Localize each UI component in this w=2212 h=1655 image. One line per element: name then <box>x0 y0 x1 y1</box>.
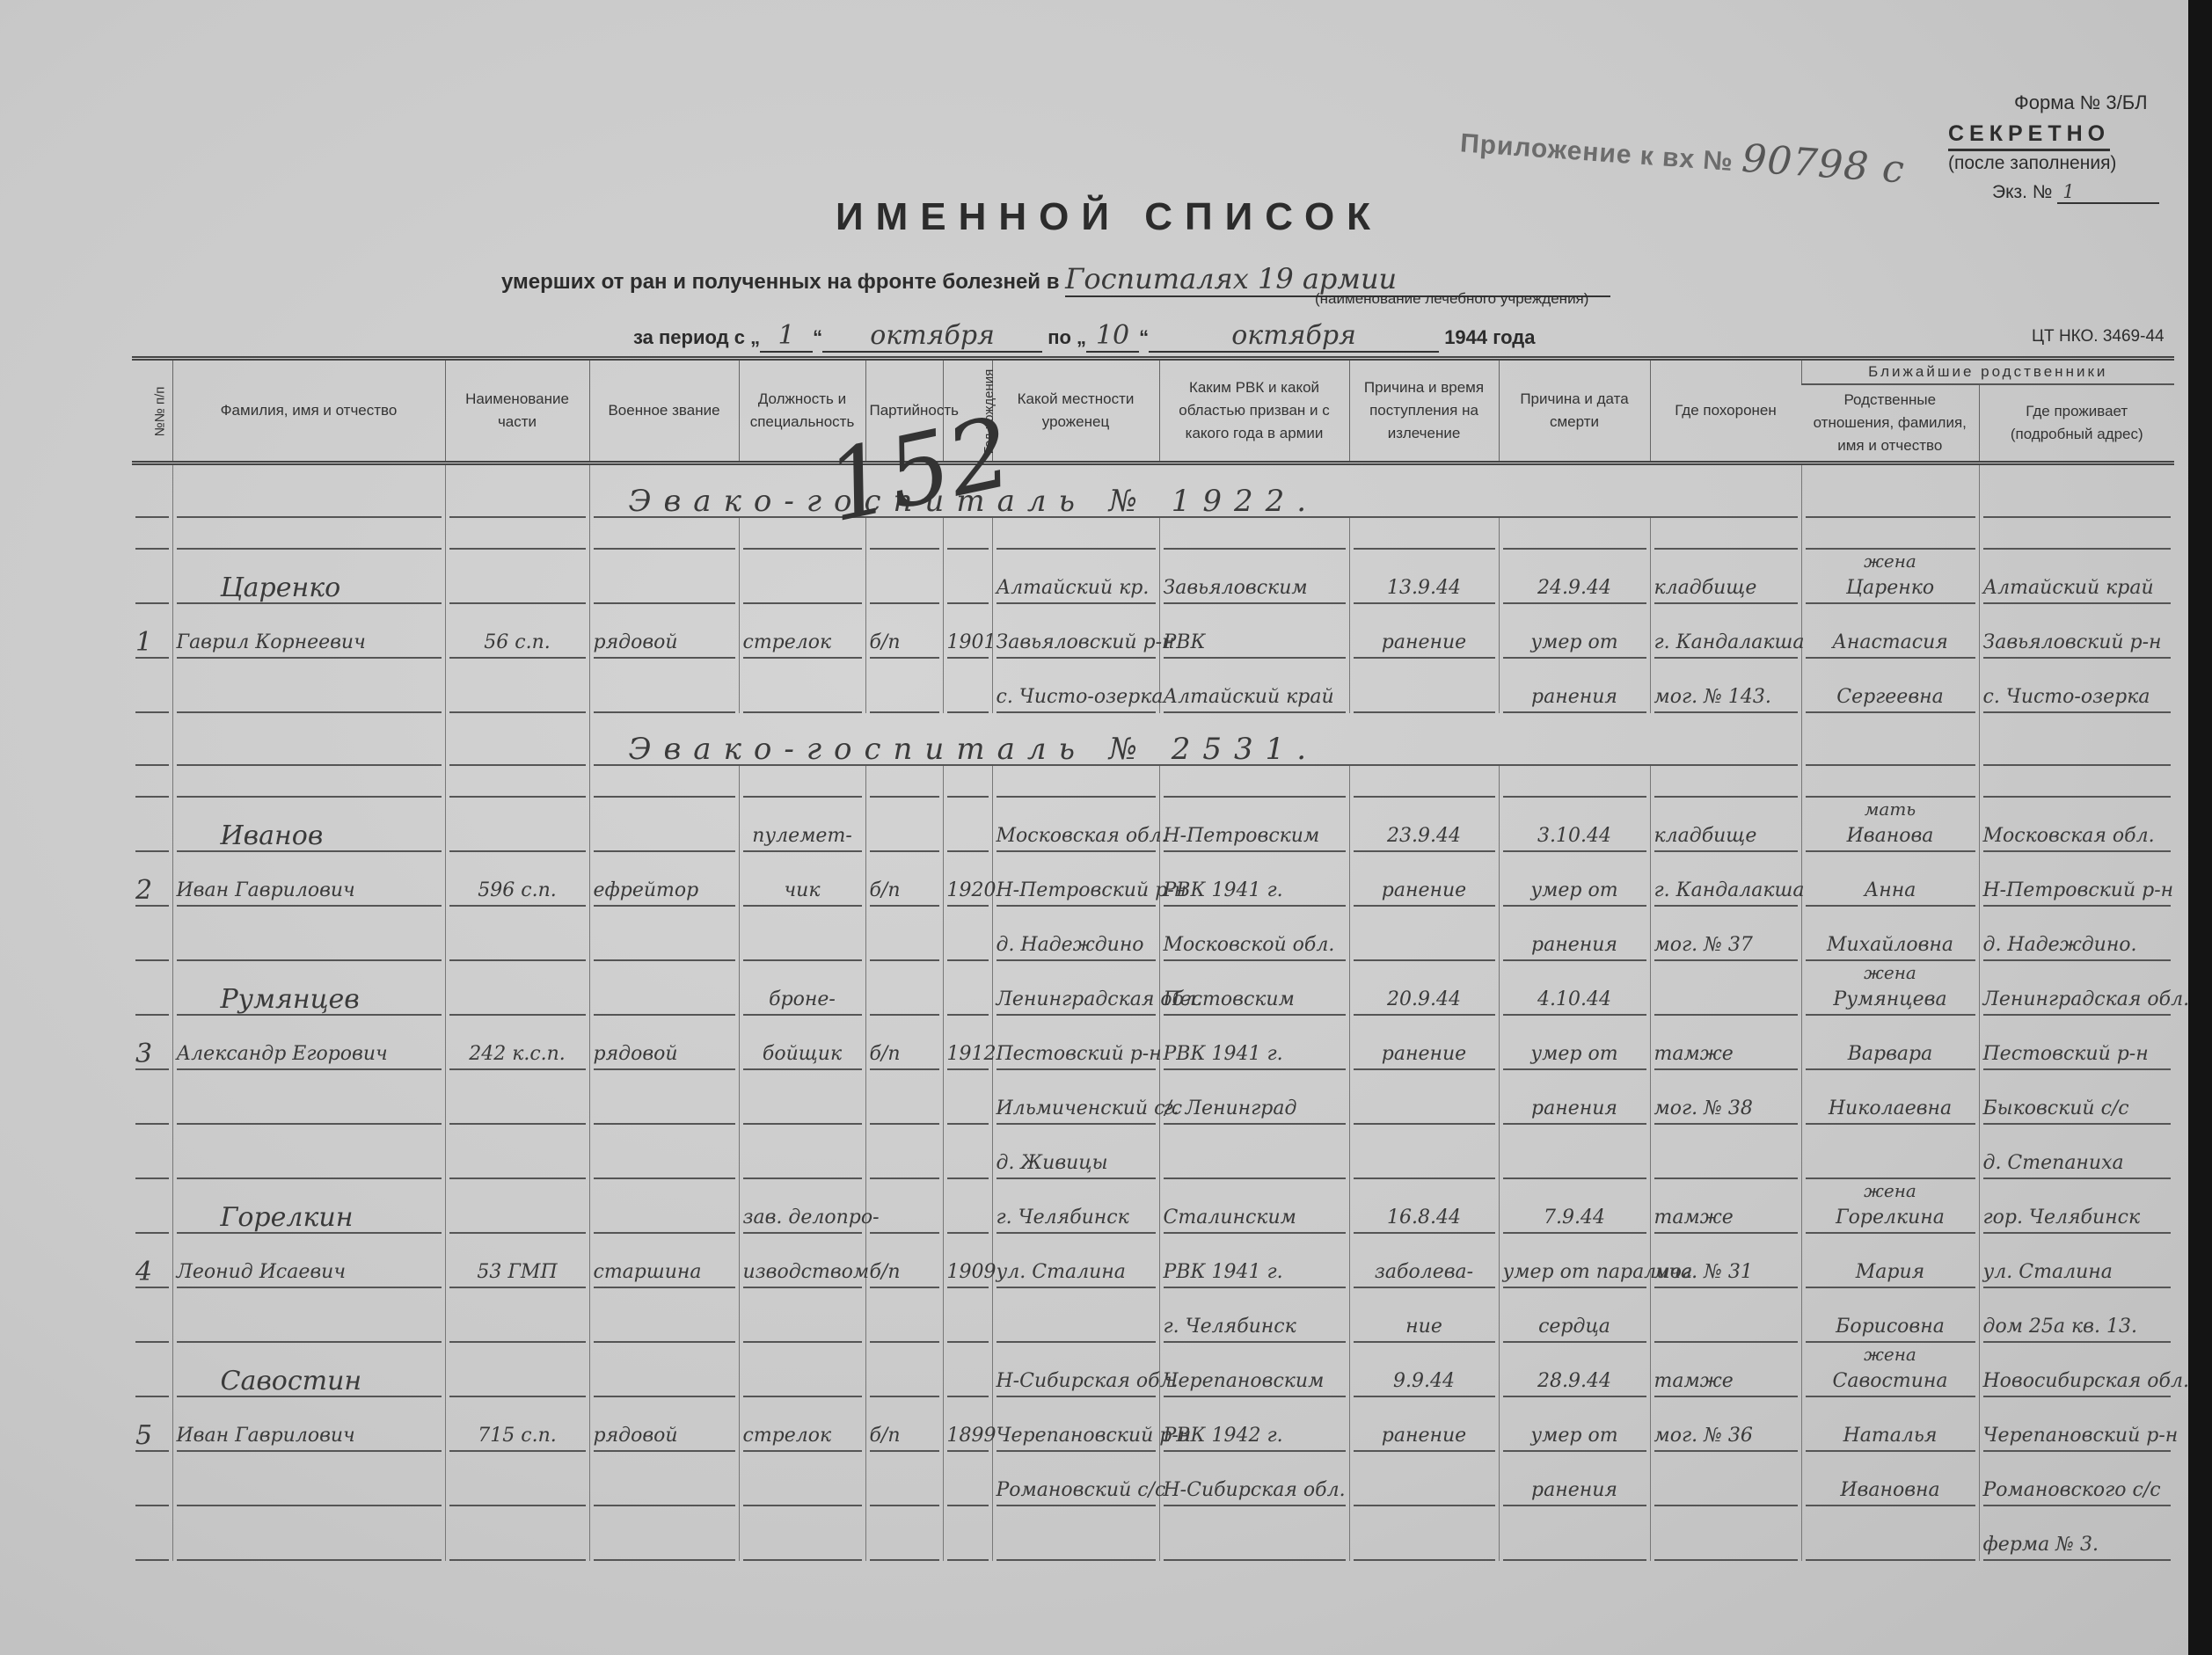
death-value: 7.9.44 <box>1503 1203 1646 1234</box>
unit-value: 56 с.п. <box>449 628 586 659</box>
death-value: умер от <box>1503 876 1646 907</box>
burial-value: тамже <box>1654 1203 1798 1234</box>
draft-value: РВК <box>1164 628 1346 659</box>
death-cell: ранения <box>1499 659 1650 713</box>
blank-cell <box>865 766 943 798</box>
blank-cell <box>1349 518 1499 550</box>
table-row-continuation: 5Иван Гаврилович715 с.п.рядовойстрелокб/… <box>132 1397 2174 1452</box>
table-row-blank <box>132 766 2174 798</box>
birthplace-value: д. Живицы <box>996 1148 1156 1179</box>
hospital-section-row: Эвако-госпиталь № 1922. <box>132 463 2174 519</box>
death-cell <box>1499 1506 1650 1561</box>
table-row: СавостинН-Сибирская обл.Черепановским9.9… <box>132 1343 2174 1397</box>
party-value <box>870 1094 939 1125</box>
relative-cell: Михайловна <box>1801 907 1979 961</box>
col-group-relatives: Ближайшие родственники <box>1801 359 2174 385</box>
address-cell: Завьяловский р-н <box>1979 604 2174 659</box>
table-row-continuation: 1Гаврил Корнеевич56 с.п.рядовойстрелокб/… <box>132 604 2174 659</box>
col-header-draft: Каким РВК и какой областью призван и с к… <box>1159 359 1349 463</box>
relative-value: Наталья <box>1806 1421 1975 1452</box>
name-cell <box>172 1506 445 1561</box>
address-cell: дом 25а кв. 13. <box>1979 1288 2174 1343</box>
position-cell <box>739 1343 865 1397</box>
relative-value: Румянцева <box>1806 985 1975 1016</box>
position-value: изводством <box>743 1258 862 1288</box>
draft-value: РВК 1941 г. <box>1164 1258 1346 1288</box>
draft-cell: Пестовским <box>1159 961 1349 1016</box>
col-header-full-name: Фамилия, имя и отчество <box>172 359 445 463</box>
rank-cell <box>589 659 739 713</box>
relative-value: Савостина <box>1806 1367 1975 1397</box>
burial-value: мог. № 37 <box>1654 930 1798 961</box>
birth-year-value <box>947 1367 989 1397</box>
relative-cell: женаГорелкина <box>1801 1179 1979 1234</box>
admission-value <box>1354 682 1495 713</box>
birthplace-value: Московская обл. <box>996 821 1156 852</box>
burial-value: кладбище <box>1654 821 1798 852</box>
name-cell: Царенко <box>172 550 445 604</box>
blank-cell <box>1979 463 2174 519</box>
table-row-blank <box>132 518 2174 550</box>
birthplace-value <box>996 1312 1156 1343</box>
burial-value: кладбище <box>1654 573 1798 604</box>
blank-cell <box>589 766 739 798</box>
table-row-continuation: д. Живицыд. Степаниха <box>132 1125 2174 1179</box>
relative-cell: Борисовна <box>1801 1288 1979 1343</box>
admission-value: заболева- <box>1354 1258 1495 1288</box>
rank-value <box>594 682 735 713</box>
blank-cell <box>1979 766 2174 798</box>
relative-cell: Ивановна <box>1801 1452 1979 1506</box>
address-value: дом 25а кв. 13. <box>1983 1312 2172 1343</box>
unit-cell <box>445 961 589 1016</box>
birth-year-value: 1901 <box>947 628 989 659</box>
admission-value: ранение <box>1354 1421 1495 1452</box>
number-value <box>135 1148 169 1179</box>
party-cell <box>865 1125 943 1179</box>
admission-value: ранение <box>1354 628 1495 659</box>
name-cell: Румянцев <box>172 961 445 1016</box>
birthplace-cell: ул. Сталина <box>992 1234 1159 1288</box>
classification-note: (после заполнения) <box>1948 153 2116 174</box>
rank-cell <box>589 798 739 852</box>
death-value: умер от <box>1503 1421 1646 1452</box>
admission-cell: ранение <box>1349 852 1499 907</box>
rank-value <box>594 1312 735 1343</box>
party-value: б/п <box>870 1258 939 1288</box>
burial-cell <box>1650 1506 1801 1561</box>
position-cell: стрелок <box>739 1397 865 1452</box>
relative-value: Анастасия <box>1806 628 1975 659</box>
col-header-admission: Причина и время поступления на излечение <box>1349 359 1499 463</box>
name-value <box>177 1530 442 1561</box>
party-value: б/п <box>870 1421 939 1452</box>
birthplace-value: Н-Петровский р-н <box>996 876 1156 907</box>
number-value <box>135 573 169 604</box>
number-value <box>135 1367 169 1397</box>
number-value <box>135 682 169 713</box>
blank-cell <box>132 766 172 798</box>
table-body: Эвако-госпиталь № 1922.ЦаренкоАлтайский … <box>132 463 2174 1562</box>
birth-year-value: 1920 <box>947 876 989 907</box>
unit-value <box>449 682 586 713</box>
party-value <box>870 821 939 852</box>
birthplace-cell: Романовский с/с <box>992 1452 1159 1506</box>
name-cell <box>172 1452 445 1506</box>
name-cell <box>172 659 445 713</box>
relative-value: Иванова <box>1806 821 1975 852</box>
blank-cell <box>943 518 992 550</box>
unit-cell <box>445 1288 589 1343</box>
burial-cell: мог. № 37 <box>1650 907 1801 961</box>
death-cell: ранения <box>1499 907 1650 961</box>
document-title: ИМЕННОЙ СПИСОК <box>836 195 1383 239</box>
burial-value: г. Кандалакша <box>1654 628 1798 659</box>
death-cell: умер от <box>1499 1397 1650 1452</box>
party-cell <box>865 1343 943 1397</box>
classification-label: СЕКРЕТНО <box>1948 121 2110 151</box>
birthplace-value: д. Надеждино <box>996 930 1156 961</box>
death-value: ранения <box>1503 1094 1646 1125</box>
birth-year-cell <box>943 1452 992 1506</box>
death-value: сердца <box>1503 1312 1646 1343</box>
birth-year-value <box>947 1530 989 1561</box>
death-value: 24.9.44 <box>1503 573 1646 604</box>
number-cell <box>132 798 172 852</box>
hospital-section-title: Эвако-госпиталь № 2531. <box>594 735 1798 766</box>
stamp-number: 90798 с <box>1741 136 1907 193</box>
death-cell: 7.9.44 <box>1499 1179 1650 1234</box>
col-header-number: №№ п/п <box>132 359 172 463</box>
burial-value: мог. № 31 <box>1654 1258 1798 1288</box>
burial-cell: г. Кандалакша <box>1650 604 1801 659</box>
rank-value <box>594 821 735 852</box>
admission-cell: заболева- <box>1349 1234 1499 1288</box>
blank-cell <box>1801 463 1979 519</box>
party-cell <box>865 1070 943 1125</box>
period-label: за период с <box>633 326 745 348</box>
blank-cell <box>1801 713 1979 766</box>
birth-year-cell <box>943 659 992 713</box>
position-cell: пулемет- <box>739 798 865 852</box>
number-value: 2 <box>135 876 169 907</box>
death-value <box>1503 1148 1646 1179</box>
unit-value <box>449 1476 586 1506</box>
table-row: Горелкинзав. делопро-г. ЧелябинскСталинс… <box>132 1179 2174 1234</box>
unit-value <box>449 1148 586 1179</box>
birthplace-cell: Н-Петровский р-н <box>992 852 1159 907</box>
birthplace-value <box>996 1530 1156 1561</box>
draft-value: РВК 1941 г. <box>1164 876 1346 907</box>
rank-cell: рядовой <box>589 604 739 659</box>
position-cell: зав. делопро- <box>739 1179 865 1234</box>
rank-value <box>594 1148 735 1179</box>
admission-value <box>1354 930 1495 961</box>
admission-cell: 13.9.44 <box>1349 550 1499 604</box>
death-value: ранения <box>1503 1476 1646 1506</box>
table-row-continuation: 3Александр Егорович242 к.с.п.рядовойбойщ… <box>132 1016 2174 1070</box>
birth-year-value <box>947 1203 989 1234</box>
birth-year-cell: 1920 <box>943 852 992 907</box>
party-cell <box>865 907 943 961</box>
draft-cell: г. Ленинград <box>1159 1070 1349 1125</box>
death-value: ранения <box>1503 930 1646 961</box>
birth-year-cell: 1912 <box>943 1016 992 1070</box>
birth-year-cell: 1909 <box>943 1234 992 1288</box>
birthplace-cell: с. Чисто-озерка <box>992 659 1159 713</box>
name-value: Савостин <box>177 1367 442 1397</box>
birth-year-cell <box>943 1179 992 1234</box>
position-value: бронe- <box>743 985 862 1016</box>
table-row-continuation: Романовский с/сН-Сибирская обл.раненияИв… <box>132 1452 2174 1506</box>
birthplace-value: г. Челябинск <box>996 1203 1156 1234</box>
burial-value <box>1654 1530 1798 1561</box>
period-to-month: октября <box>1149 320 1439 353</box>
unit-cell: 715 с.п. <box>445 1397 589 1452</box>
death-value: 4.10.44 <box>1503 985 1646 1016</box>
unit-value <box>449 930 586 961</box>
birthplace-cell: Алтайский кр. <box>992 550 1159 604</box>
number-cell <box>132 1125 172 1179</box>
party-value <box>870 1530 939 1561</box>
name-value <box>177 1476 442 1506</box>
burial-cell: кладбище <box>1650 550 1801 604</box>
address-value: ферма № 3. <box>1983 1530 2172 1561</box>
draft-value: Н-Петровским <box>1164 821 1346 852</box>
death-cell: умер от <box>1499 604 1650 659</box>
address-cell: Быковский с/с <box>1979 1070 2174 1125</box>
position-value: стрелок <box>743 1421 862 1452</box>
position-cell: бойщик <box>739 1016 865 1070</box>
number-cell <box>132 1288 172 1343</box>
party-value <box>870 1312 939 1343</box>
relative-value: Анна <box>1806 876 1975 907</box>
draft-value: Завьяловским <box>1164 573 1346 604</box>
blank-cell <box>1499 766 1650 798</box>
birth-year-value <box>947 682 989 713</box>
birth-year-value <box>947 1148 989 1179</box>
rank-value <box>594 930 735 961</box>
unit-cell <box>445 798 589 852</box>
blank-cell <box>172 518 445 550</box>
death-value: умер от паралича <box>1503 1258 1646 1288</box>
birth-year-cell <box>943 1070 992 1125</box>
party-cell: б/п <box>865 852 943 907</box>
draft-value: РВК 1942 г. <box>1164 1421 1346 1452</box>
burial-value: мог. № 38 <box>1654 1094 1798 1125</box>
death-cell: 4.10.44 <box>1499 961 1650 1016</box>
admission-value <box>1354 1530 1495 1561</box>
burial-cell: г. Кандалакша <box>1650 852 1801 907</box>
death-value: умер от <box>1503 1039 1646 1070</box>
rank-value: старшина <box>594 1258 735 1288</box>
col-header-address: Где проживает (подробный адрес) <box>1979 384 2174 463</box>
rank-cell: ефрейтор <box>589 852 739 907</box>
birth-year-value <box>947 573 989 604</box>
rank-value <box>594 1476 735 1506</box>
position-value <box>743 930 862 961</box>
number-cell <box>132 907 172 961</box>
party-value: б/п <box>870 628 939 659</box>
draft-cell: Н-Сибирская обл. <box>1159 1452 1349 1506</box>
birthplace-value: Ленинградская обл. <box>996 985 1156 1016</box>
rank-cell <box>589 1070 739 1125</box>
position-value <box>743 1367 862 1397</box>
number-value <box>135 1312 169 1343</box>
unit-value: 715 с.п. <box>449 1421 586 1452</box>
blank-cell: Эвако-госпиталь № 2531. <box>589 713 1801 766</box>
party-cell <box>865 1506 943 1561</box>
draft-cell: РВК 1941 г. <box>1159 1234 1349 1288</box>
address-cell: с. Чисто-озерка <box>1979 659 2174 713</box>
death-value: ранения <box>1503 682 1646 713</box>
birthplace-cell: Ильмиченский с/с <box>992 1070 1159 1125</box>
blank-cell <box>172 463 445 519</box>
unit-cell <box>445 659 589 713</box>
birthplace-value: Пестовский р-н <box>996 1039 1156 1070</box>
number-value <box>135 1094 169 1125</box>
table-row-continuation: 4Леонид Исаевич53 ГМПстаршинаизводствомб… <box>132 1234 2174 1288</box>
position-value <box>743 1148 862 1179</box>
birth-year-cell <box>943 1288 992 1343</box>
number-cell <box>132 659 172 713</box>
address-cell: гор. Челябинск <box>1979 1179 2174 1234</box>
unit-value <box>449 1094 586 1125</box>
address-cell: Новосибирская обл. <box>1979 1343 2174 1397</box>
admission-value: ние <box>1354 1312 1495 1343</box>
number-value <box>135 1203 169 1234</box>
address-value: с. Чисто-озерка <box>1983 682 2172 713</box>
admission-cell <box>1349 1506 1499 1561</box>
name-value: Румянцев <box>177 985 442 1016</box>
draft-value <box>1164 1148 1346 1179</box>
birthplace-value: Романовский с/с <box>996 1476 1156 1506</box>
address-value: Романовского с/с <box>1983 1476 2172 1506</box>
table-row-continuation: 2Иван Гаврилович596 с.п.ефрейторчикб/п19… <box>132 852 2174 907</box>
form-code: ЦТ НКО. 3469-44 <box>2032 327 2165 346</box>
relative-value <box>1806 1530 1975 1561</box>
unit-value: 596 с.п. <box>449 876 586 907</box>
birth-year-cell <box>943 1125 992 1179</box>
position-cell <box>739 907 865 961</box>
number-value <box>135 821 169 852</box>
draft-value: г. Ленинград <box>1164 1094 1346 1125</box>
draft-value: Н-Сибирская обл. <box>1164 1476 1346 1506</box>
burial-cell <box>1650 1452 1801 1506</box>
position-cell <box>739 1288 865 1343</box>
draft-cell: Н-Петровским <box>1159 798 1349 852</box>
birthplace-cell: Завьяловский р-н <box>992 604 1159 659</box>
col-header-unit: Наименование части <box>445 359 589 463</box>
unit-value <box>449 1367 586 1397</box>
party-cell <box>865 798 943 852</box>
party-value <box>870 1203 939 1234</box>
blank-cell <box>1650 766 1801 798</box>
number-cell: 2 <box>132 852 172 907</box>
death-cell: 24.9.44 <box>1499 550 1650 604</box>
party-value <box>870 573 939 604</box>
admission-value: 13.9.44 <box>1354 573 1495 604</box>
burial-cell: мог. № 38 <box>1650 1070 1801 1125</box>
party-cell: б/п <box>865 1016 943 1070</box>
form-number: Форма № 3/БЛ <box>2014 91 2148 114</box>
blank-cell <box>445 766 589 798</box>
rank-cell <box>589 1125 739 1179</box>
admission-cell: 16.8.44 <box>1349 1179 1499 1234</box>
relative-value <box>1806 1148 1975 1179</box>
blank-cell: Эвако-госпиталь № 1922. <box>589 463 1801 519</box>
burial-cell: кладбище <box>1650 798 1801 852</box>
birthplace-cell <box>992 1506 1159 1561</box>
burial-value <box>1654 1148 1798 1179</box>
party-value <box>870 1367 939 1397</box>
party-value <box>870 1476 939 1506</box>
party-cell <box>865 550 943 604</box>
admission-value: ранение <box>1354 876 1495 907</box>
unit-cell <box>445 1179 589 1234</box>
relative-value: Михайловна <box>1806 930 1975 961</box>
birthplace-value: Ильмиченский с/с <box>996 1094 1156 1125</box>
unit-cell <box>445 1070 589 1125</box>
name-cell: Иван Гаврилович <box>172 1397 445 1452</box>
period-to-day: 10 <box>1086 320 1139 353</box>
relative-cell: Наталья <box>1801 1397 1979 1452</box>
admission-value <box>1354 1094 1495 1125</box>
party-cell: б/п <box>865 1397 943 1452</box>
burial-cell: мог. № 143. <box>1650 659 1801 713</box>
death-value: 3.10.44 <box>1503 821 1646 852</box>
relative-cell: Анастасия <box>1801 604 1979 659</box>
period-from-month: октября <box>822 320 1042 353</box>
relative-cell <box>1801 1506 1979 1561</box>
party-cell: б/п <box>865 1234 943 1288</box>
address-cell: Н-Петровский р-н <box>1979 852 2174 907</box>
name-cell <box>172 1125 445 1179</box>
name-value: Гаврил Корнеевич <box>177 628 442 659</box>
position-cell: бронe- <box>739 961 865 1016</box>
institution-note: (наименование лечебного учреждения) <box>1315 290 1588 308</box>
draft-cell: РВК 1941 г. <box>1159 852 1349 907</box>
col-header-death: Причина и дата смерти <box>1499 359 1650 463</box>
unit-value: 53 ГМП <box>449 1258 586 1288</box>
address-cell: Пестовский р-н <box>1979 1016 2174 1070</box>
burial-value <box>1654 1476 1798 1506</box>
position-cell <box>739 1506 865 1561</box>
draft-cell: Московской обл. <box>1159 907 1349 961</box>
blank-cell <box>132 518 172 550</box>
party-value: б/п <box>870 1039 939 1070</box>
admission-value: 20.9.44 <box>1354 985 1495 1016</box>
address-value: Московская обл. <box>1983 821 2172 852</box>
admission-cell <box>1349 659 1499 713</box>
table-row-continuation: с. Чисто-озеркаАлтайский крайранениямог.… <box>132 659 2174 713</box>
number-cell <box>132 1179 172 1234</box>
draft-cell: Завьяловским <box>1159 550 1349 604</box>
number-cell <box>132 1070 172 1125</box>
position-cell <box>739 1452 865 1506</box>
relative-value: Горелкина <box>1806 1203 1975 1234</box>
archival-form-sheet: Форма № 3/БЛ СЕКРЕТНО (после заполнения)… <box>0 0 2188 1655</box>
blank-cell <box>172 766 445 798</box>
admission-cell: ние <box>1349 1288 1499 1343</box>
name-cell <box>172 907 445 961</box>
death-cell: ранения <box>1499 1070 1650 1125</box>
blank-cell <box>1349 766 1499 798</box>
relative-cell: Мария <box>1801 1234 1979 1288</box>
blank-cell <box>445 518 589 550</box>
draft-cell: РВК <box>1159 604 1349 659</box>
admission-cell: ранение <box>1349 1397 1499 1452</box>
